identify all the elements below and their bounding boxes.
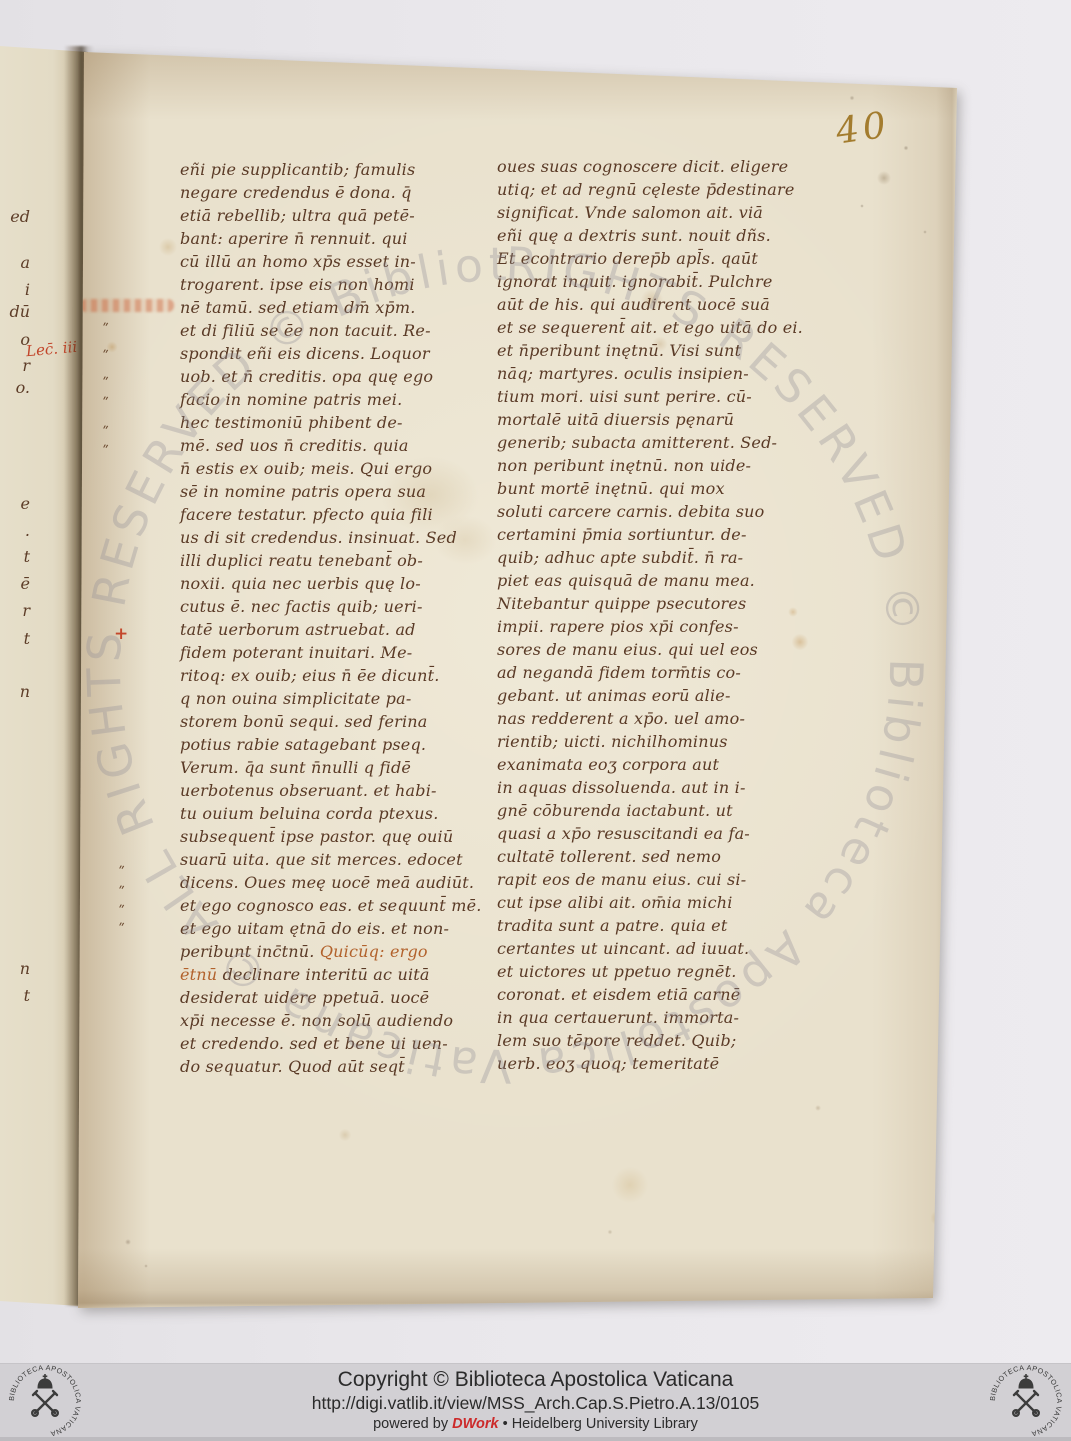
manuscript-scan-viewport: edaidūoro.e.tērtnnt Lec̄. iii 40 eñi pie… xyxy=(0,0,1071,1441)
vatican-library-logo-right: BIBLIOTECA APOSTOLICA VATICANA xyxy=(987,1362,1065,1440)
footer-bar: BIBLIOTECA APOSTOLICA VATICANA Copyright… xyxy=(0,1363,1071,1441)
crossed-keys-emblem xyxy=(1013,1391,1039,1416)
papal-tiara xyxy=(38,1374,52,1388)
papal-tiara xyxy=(1019,1374,1033,1388)
vatican-library-logo-left: BIBLIOTECA APOSTOLICA VATICANA xyxy=(6,1362,84,1440)
manuscript-page-wrap: 40 eñi pie supplicantib; famulisnegare c… xyxy=(0,0,1071,1441)
svg-text:RIGHTS RESERVED © Biblioteca A: RIGHTS RESERVED © Biblioteca Apostolica … xyxy=(0,0,933,1093)
manuscript-page: 40 eñi pie supplicantib; famulisnegare c… xyxy=(0,0,1071,1441)
footer-powered: powered by DWork • Heidelberg University… xyxy=(90,1415,981,1434)
crossed-keys-emblem xyxy=(32,1391,58,1416)
copyright-watermark: RIGHTS RESERVED © Biblioteca Apostolica … xyxy=(0,0,1071,1441)
footer-url: http://digi.vatlib.it/view/MSS_Arch.Cap.… xyxy=(90,1392,981,1415)
footer-text-block: Copyright © Biblioteca Apostolica Vatica… xyxy=(90,1367,981,1434)
footer-copyright: Copyright © Biblioteca Apostolica Vatica… xyxy=(90,1367,981,1392)
powered-by-label: powered by xyxy=(373,1416,452,1432)
heidelberg-label: • Heidelberg University Library xyxy=(499,1416,698,1432)
dwork-brand: DWork xyxy=(452,1416,498,1432)
